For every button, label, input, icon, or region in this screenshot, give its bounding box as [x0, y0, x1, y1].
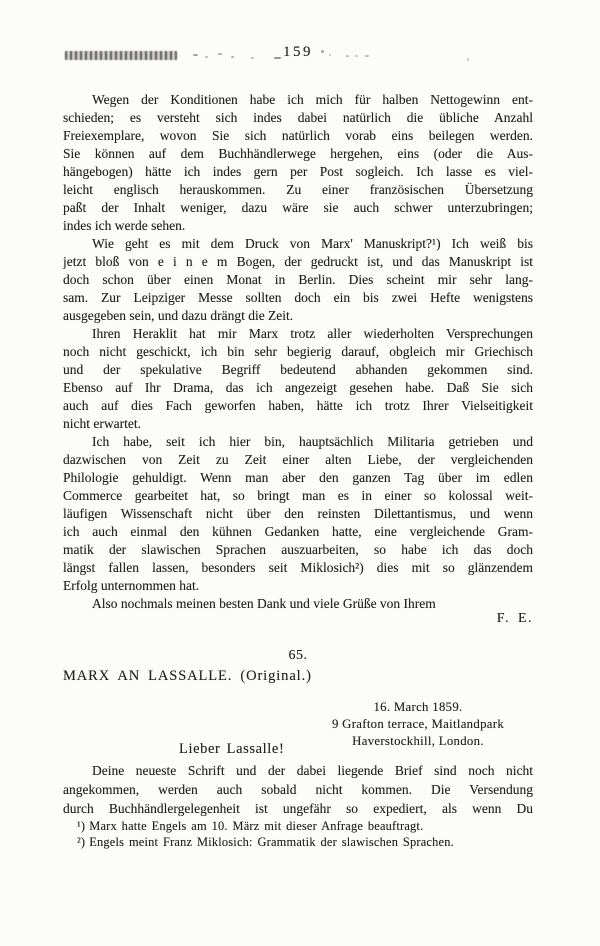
footnotes: ¹)Marx hatte Engels am 10. März mit dies… — [63, 818, 533, 850]
footnote: ²)Engels meint Franz Miklosich: Grammati… — [63, 834, 533, 850]
dateline: 16. March 1859. 9 Grafton terrace, Maitl… — [315, 699, 521, 750]
text-line: dazwischen von Zeit zu Zeit einer alten … — [63, 451, 533, 469]
scan-speck — [329, 54, 331, 56]
text-line: hängebogen) hätte ich indes gern per Pos… — [63, 163, 533, 181]
text-line: längst fallen lassen, besonders seit Mik… — [63, 559, 533, 577]
footnote-text: Marx hatte Engels am 10. März mit dieser… — [89, 819, 423, 833]
text-line: doch schon über einen Monat in Berlin. D… — [63, 271, 533, 289]
paragraph: Wie geht es mit dem Druck von Marx' Manu… — [63, 235, 533, 325]
text-line: Philologie gehuldigt. Wenn man aber den … — [63, 469, 533, 487]
text-line: leicht englisch herauskommen. Zu einer f… — [63, 181, 533, 199]
section-heading: MARX AN LASSALLE. (Original.) — [63, 668, 312, 685]
footnote-marker: ¹) — [77, 819, 85, 833]
scan-speck — [274, 57, 281, 59]
paragraph: Wegen der Konditionen habe ich mich für … — [63, 91, 533, 235]
text-line: ausgegeben sein, und dazu drängt die Zei… — [63, 307, 533, 325]
scan-speck — [321, 50, 324, 53]
scan-speck — [355, 55, 358, 57]
page-header: 159 — [63, 44, 533, 66]
paragraph: Ihren Heraklit hat mir Marx trotz aller … — [63, 325, 533, 433]
scan-speck — [218, 53, 222, 55]
date: 16. March 1859. — [315, 699, 521, 716]
scan-speck — [251, 57, 254, 59]
scan-speck — [205, 56, 208, 58]
paragraph: Ich habe, seit ich hier bin, hauptsächli… — [63, 433, 533, 595]
scan-speck — [365, 55, 369, 57]
address-line-2: Haverstockhill, London. — [315, 733, 521, 750]
address-line-1: 9 Grafton terrace, Maitlandpark — [315, 716, 521, 733]
text-line: paßt der Inhalt weniger, dazu wäre sie a… — [63, 199, 533, 217]
text-line: nicht erwartet. — [63, 415, 533, 433]
text-line: Ich habe, seit ich hier bin, hauptsächli… — [63, 433, 533, 451]
text-line: noch nicht geschickt, ich bin sehr begie… — [63, 343, 533, 361]
scan-speck — [231, 56, 234, 58]
scan-speck — [346, 55, 349, 57]
text-line: Ihren Heraklit hat mir Marx trotz aller … — [63, 325, 533, 343]
text-line: Sie können auf dem Buchhändlerwege herge… — [63, 145, 533, 163]
footnote: ¹)Marx hatte Engels am 10. März mit dies… — [63, 818, 533, 834]
text-line: Ebenso auf Ihr Drama, das ich angezeigt … — [63, 379, 533, 397]
text-line: sam. Zur Leipziger Messe sollten doch ei… — [63, 289, 533, 307]
text-line: Freiexemplare, wovon Sie sich natürlich … — [63, 127, 533, 145]
salutation: Lieber Lassalle! — [179, 741, 284, 758]
text-line: matik der slawischen Sprachen auszuarbei… — [63, 541, 533, 559]
footnote-text: Engels meint Franz Miklosich: Grammatik … — [89, 835, 454, 849]
text-line: schieden; es versteht sich indes dabei n… — [63, 109, 533, 127]
scan-speck — [467, 58, 469, 61]
text-line: ich auch einmal den kühnen Gedanken hatt… — [63, 523, 533, 541]
text-line: Deine neueste Schrift und der dabei lieg… — [63, 761, 533, 780]
text-line: läufigen Wissenschaft nicht über den rei… — [63, 505, 533, 523]
section-number: 65. — [63, 648, 533, 664]
text-line: Wegen der Konditionen habe ich mich für … — [63, 91, 533, 109]
scan-smudge — [65, 51, 177, 60]
letter-65-body: Deine neueste Schrift und der dabei lieg… — [63, 761, 533, 818]
text-line: und der spekulative Begriff bedeutend ab… — [63, 361, 533, 379]
footnote-marker: ²) — [77, 835, 85, 849]
text-line: auch auf dies Fach geworfen haben, hätte… — [63, 397, 533, 415]
text-line: Wie geht es mit dem Druck von Marx' Manu… — [63, 235, 533, 253]
scan-speck — [193, 54, 198, 56]
signature: F. E. — [63, 611, 533, 627]
letter-64-body: Wegen der Konditionen habe ich mich für … — [63, 91, 533, 613]
text-line: jetzt bloß von e i n e m Bogen, der gedr… — [63, 253, 533, 271]
text-line: durch Buchhändlergelegenheit ist ungefäh… — [63, 799, 533, 818]
paragraph: Deine neueste Schrift und der dabei lieg… — [63, 761, 533, 818]
text-line: angekommen, werden auch sobald nicht kom… — [63, 780, 533, 799]
text-line: Commerce gearbeitet hat, so bringt man e… — [63, 487, 533, 505]
text-line: Erfolg unternommen hat. — [63, 577, 533, 595]
scanned-book-page: 159 Wegen der Konditionen habe ich mich … — [0, 0, 600, 946]
text-line: indes ich werde sehen. — [63, 217, 533, 235]
